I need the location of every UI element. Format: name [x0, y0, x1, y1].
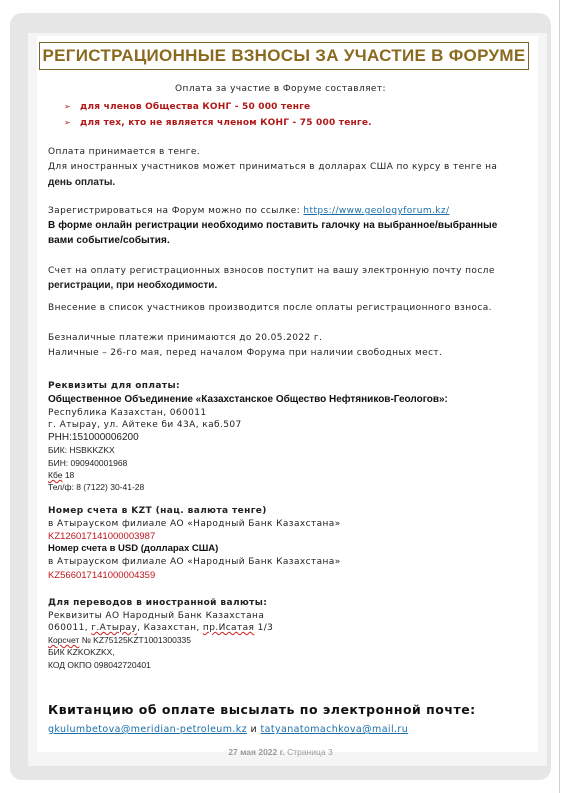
registration-link[interactable]: https://www.geologyforum.kz/ [303, 206, 449, 216]
usd-account-heading: Номер счета в USD (долларах США) [48, 543, 218, 554]
receipt-heading: Квитанцию об оплате высылать по электрон… [48, 702, 476, 717]
viewer-edge [559, 0, 560, 793]
email-link-1[interactable]: gkulumbetova@meridian-petroleum.kz [48, 724, 247, 735]
registration-line-1: Зарегистрироваться на Форум можно по ссы… [48, 206, 449, 216]
foreign-corr-account: Корсчет № KZ75125KZT1001300335 [48, 635, 191, 645]
requisites-address-2: г. Атырау, ул. Айтеке би 43А, каб.507 [48, 420, 242, 430]
foreign-bik: БИК KZKOKZKX, [48, 647, 115, 657]
kzt-account-bank: в Атырауском филиале АО «Народный Банк К… [48, 519, 341, 529]
page-title: РЕГИСТРАЦИОННЫЕ ВЗНОСЫ ЗА УЧАСТИЕ В ФОРУ… [43, 46, 526, 66]
requisites-bik: БИК: HSBKKZKX [48, 445, 115, 455]
receipt-emails: gkulumbetova@meridian-petroleum.kz и tat… [48, 724, 408, 735]
currency-line-2: Для иностранных участников может принима… [48, 162, 497, 172]
foreign-okpo: КОД ОКПО 098042720401 [48, 660, 151, 670]
arrow-bullet-icon: ➢ [64, 118, 80, 127]
currency-line-3: день оплаты. [48, 177, 115, 188]
invoice-line-1: Счет на оплату регистрационных взносов п… [48, 266, 495, 276]
requisites-org: Общественное Объединение «Казахстанское … [48, 394, 448, 405]
kzt-account-number: KZ126017141000003987 [48, 531, 155, 542]
requisites-kbe: Кбе 18 [48, 470, 74, 480]
fee-item-members: ➢для членов Общества КОНГ - 50 000 тенге [64, 102, 310, 112]
deadline-cash: Наличные – 26-го мая, перед началом Фору… [48, 348, 442, 358]
requisites-heading: Реквизиты для оплаты: [48, 381, 180, 391]
fee-item-non-members: ➢для тех, кто не является членом КОНГ - … [64, 118, 372, 128]
kzt-account-heading: Номер счета в KZT (нац. валюта тенге) [48, 506, 267, 516]
foreign-line-2: 060011, г.Атырау, Казахстан, пр.Исатая 1… [48, 623, 273, 633]
fee-intro: Оплата за участие в Форуме составляет: [0, 84, 561, 94]
requisites-rnn: РНН:151000006200 [48, 432, 139, 443]
registration-line-2: В форме онлайн регистрации необходимо по… [48, 220, 497, 231]
invoice-line-2: регистрации, при необходимости. [48, 280, 217, 291]
email-link-2[interactable]: tatyanatomachkova@mail.ru [261, 724, 409, 735]
currency-line-1: Оплата принимается в тенге. [48, 147, 200, 157]
requisites-bin: БИН: 090940001968 [48, 458, 127, 468]
usd-account-number: KZ566017141000004359 [48, 570, 155, 581]
page-footer: 27 мая 2022 г. Страница 3 [0, 747, 561, 757]
requisites-address-1: Республика Казахстан, 060011 [48, 408, 207, 418]
foreign-heading: Для переводов в иностранной валюты: [48, 598, 267, 608]
registration-line-3: вами событие/события. [48, 235, 170, 246]
title-box: РЕГИСТРАЦИОННЫЕ ВЗНОСЫ ЗА УЧАСТИЕ В ФОРУ… [39, 42, 529, 70]
listing-note: Внесение в список участников производитс… [48, 303, 492, 313]
deadline-cashless: Безналичные платежи принимаются до 20.05… [48, 333, 322, 343]
usd-account-bank: в Атырауском филиале АО «Народный Банк К… [48, 557, 341, 567]
foreign-line-1: Реквизиты АО Народный Банк Казахстана [48, 611, 264, 621]
arrow-bullet-icon: ➢ [64, 102, 80, 111]
requisites-phone: Тел/ф: 8 (7122) 30-41-28 [48, 482, 144, 492]
